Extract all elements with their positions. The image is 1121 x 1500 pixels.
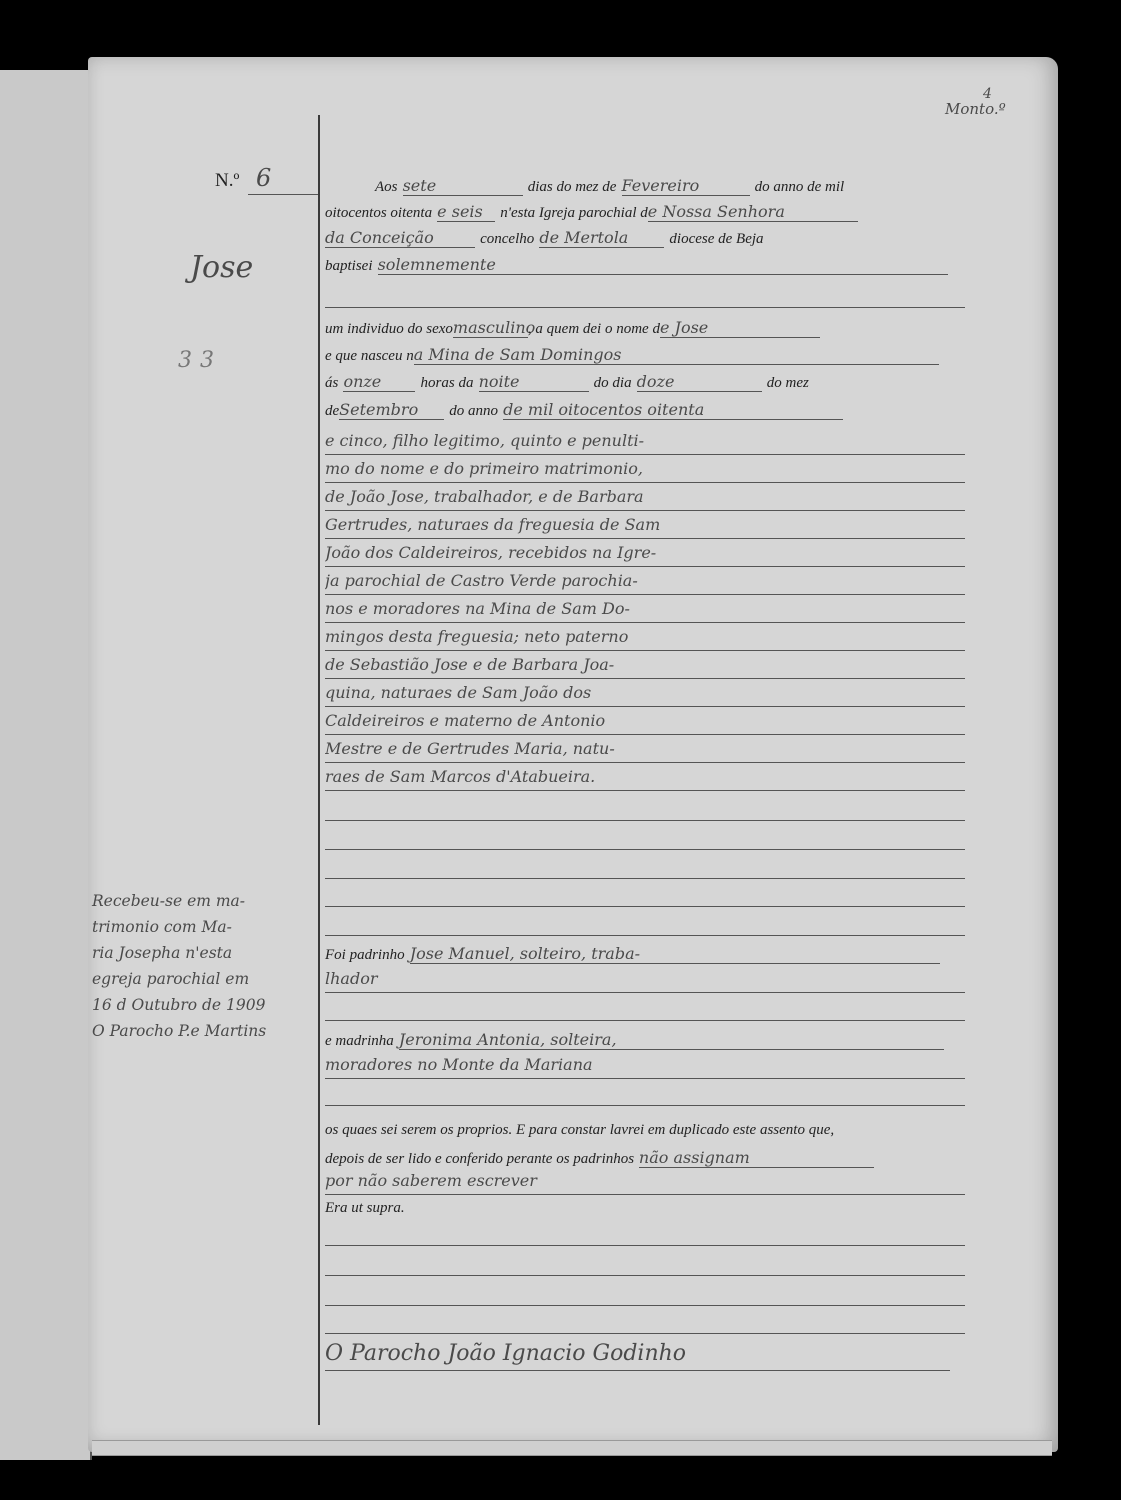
individual-line-1: um individuo do sexomasculino, a quem de…	[325, 318, 820, 338]
baptism-manner: solemnemente	[378, 255, 948, 275]
margin-name: Jose	[190, 250, 253, 285]
ruled-line	[325, 1275, 965, 1276]
body-line: Caldeireiros e materno de Antonio	[325, 708, 965, 735]
ruled-line	[325, 906, 965, 907]
body-line: quina, naturaes de Sam João dos	[325, 680, 965, 707]
birth-year: de mil oitocentos oitenta	[503, 400, 843, 420]
madrinha-cont: moradores no Monte da Mariana	[325, 1052, 965, 1079]
ruled-line	[325, 878, 965, 879]
birth-day: doze	[637, 372, 762, 392]
body-line: ja parochial de Castro Verde parochia-	[325, 568, 965, 595]
child-name: e Jose	[660, 318, 820, 338]
signing-status: não assignam	[639, 1148, 874, 1168]
priest-signature: O Parocho João Ignacio Godinho	[325, 1338, 950, 1371]
marriage-margin-note: Recebeu-se em ma- trimonio com Ma- ria J…	[92, 888, 317, 1044]
left-page-edge	[0, 70, 92, 1460]
closing-line-2: depois de ser lido e conferido perante o…	[325, 1148, 874, 1168]
body-line: João dos Caldeireiros, recebidos na Igre…	[325, 540, 965, 567]
individual-line-4: deSetembro do anno de mil oitocentos oit…	[325, 400, 843, 420]
header-line-1: Aos sete dias do mez de Fevereiro do ann…	[335, 176, 844, 196]
margin-divider	[318, 115, 320, 1425]
individual-line-3: ás onze horas da noite do dia doze do me…	[325, 372, 809, 392]
baptism-year: e seis	[437, 202, 495, 222]
individual-line-2: e que nasceu na Mina de Sam Domingos	[325, 345, 939, 365]
ruled-line	[325, 849, 965, 850]
padrinho-name: Jose Manuel, solteiro, traba-	[410, 944, 940, 964]
body-line: Gertrudes, naturaes da freguesia de Sam	[325, 512, 965, 539]
folio-note: Monto.º	[945, 100, 1006, 118]
page-stack-edge	[92, 1440, 1052, 1456]
birth-month: Setembro	[339, 400, 444, 420]
body-line: mingos desta freguesia; neto paterno	[325, 624, 965, 651]
body-line: de João Jose, trabalhador, e de Barbara	[325, 484, 965, 511]
birth-hour: onze	[343, 372, 415, 392]
header-line-4: baptisei solemnemente	[325, 255, 948, 275]
record-number-rule	[248, 194, 318, 195]
parish-name: e Nossa Senhora	[648, 202, 858, 222]
header-line-3: da Conceição concelho de Mertola diocese…	[325, 228, 764, 248]
body-line: e cinco, filho legitimo, quinto e pen­ul…	[325, 428, 965, 455]
body-line: Mestre e de Gertrudes Maria, natu-	[325, 736, 965, 763]
body-line: raes de Sam Marcos d'Atabueira.	[325, 764, 965, 791]
record-number: 6	[256, 164, 271, 192]
baptism-month: Fevereiro	[622, 176, 750, 196]
baptism-day: sete	[403, 176, 523, 196]
council-name: de Mertola	[539, 228, 664, 248]
ruled-line	[325, 820, 965, 821]
child-sex: masculino	[453, 318, 528, 338]
record-number-label: N.º	[215, 170, 239, 192]
closing-line-1: os quaes sei serem os proprios. E para c…	[325, 1122, 834, 1139]
madrinha-line: e madrinha Jeronima Antonia, solteira,	[325, 1030, 944, 1050]
birthplace: a Mina de Sam Domingos	[414, 345, 939, 365]
ruled-line	[325, 1020, 965, 1021]
margin-count: 33	[178, 348, 222, 373]
ruled-line	[325, 1105, 965, 1106]
body-line: de Sebastião Jose e de Barbara Joa-	[325, 652, 965, 679]
closing-line-4: Era ut supra.	[325, 1200, 405, 1217]
birth-period: noite	[479, 372, 589, 392]
ruled-line	[325, 935, 965, 936]
body-line: mo do nome e do primeiro matrimonio,	[325, 456, 965, 483]
header-line-2: oitocentos oitenta e seis n'esta Igreja …	[325, 202, 858, 222]
ruled-line	[325, 307, 965, 308]
ruled-line	[325, 1305, 965, 1306]
ruled-line	[325, 1245, 965, 1246]
closing-line-3: por não saberem escrever	[325, 1168, 965, 1195]
ruled-line	[325, 1333, 965, 1334]
padrinho-cont: lhador	[325, 966, 965, 993]
body-line: nos e moradores na Mina de Sam Do-	[325, 596, 965, 623]
padrinho-line: Foi padrinho Jose Manuel, solteiro, trab…	[325, 944, 940, 964]
madrinha-name: Jeronima Antonia, solteira,	[399, 1030, 944, 1050]
